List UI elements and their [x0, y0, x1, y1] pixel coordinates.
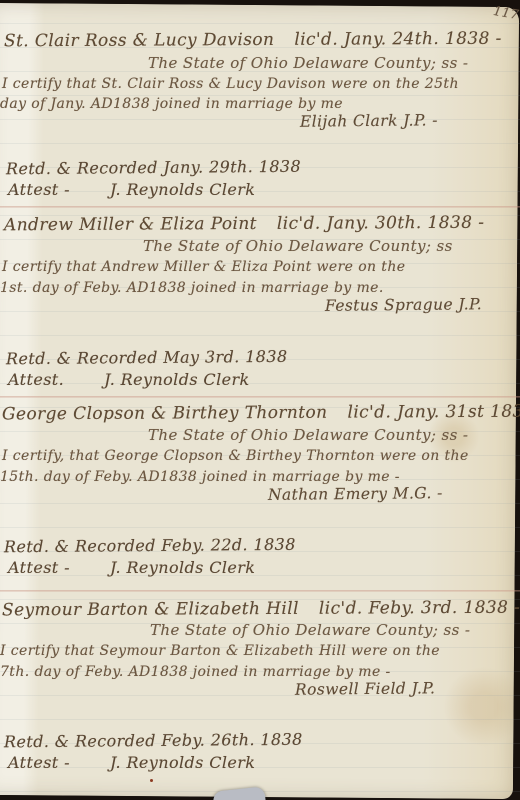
certify-line: I certify, that George Clopson & Birthey… — [2, 448, 469, 464]
state-line: The State of Ohio Delaware County; ss - — [148, 54, 468, 72]
section-rule — [0, 590, 520, 592]
couple-names: George Clopson & Birthey Thornton — [2, 403, 328, 425]
ink-blot — [150, 779, 153, 782]
attest-line: Attest. J. Reynolds Clerk — [8, 370, 250, 389]
section-rule — [0, 396, 520, 398]
certify-line: I certify that Seymour Barton & Elizabet… — [0, 643, 440, 659]
certify-line: I certify that St. Clair Ross & Lucy Dav… — [2, 76, 459, 92]
state-line: The State of Ohio Delaware County; ss - — [148, 426, 468, 444]
clerk-signature: J. Reynolds Clerk — [104, 370, 249, 389]
couple-names: Seymour Barton & Elizabeth Hill — [2, 599, 299, 621]
officiant-signature: Festus Sprague J.P. — [325, 295, 482, 315]
clerk-signature: J. Reynolds Clerk — [110, 753, 255, 772]
license-date: lic'd. Jany. 30th. 1838 - — [277, 213, 485, 234]
certify-line: day of Jany. AD1838 joined in marriage b… — [0, 96, 343, 112]
officiant-signature: Elijah Clark J.P. - — [300, 111, 438, 130]
entry-heading: Andrew Miller & Eliza Point lic'd. Jany.… — [4, 213, 484, 236]
license-date: lic'd. Feby. 3rd. 1838 - — [319, 598, 520, 619]
recorded-line: Retd. & Recorded May 3rd. 1838 — [6, 347, 288, 368]
clerk-signature: J. Reynolds Clerk — [110, 180, 255, 199]
entry-heading: St. Clair Ross & Lucy Davison lic'd. Jan… — [4, 29, 502, 52]
license-date: lic'd. Jany. 31st 1838 — [347, 402, 520, 423]
state-line: The State of Ohio Delaware County; ss — [143, 237, 453, 255]
couple-names: Andrew Miller & Eliza Point — [4, 214, 257, 235]
attest-label: Attest - — [8, 558, 70, 577]
attest-line: Attest - J. Reynolds Clerk — [8, 558, 255, 577]
recorded-line: Retd. & Recorded Feby. 26th. 1838 — [4, 730, 303, 752]
license-date: lic'd. Jany. 24th. 1838 - — [294, 29, 502, 50]
entry-heading: George Clopson & Birthey Thornton lic'd.… — [2, 402, 520, 425]
section-rule — [0, 206, 520, 208]
certify-line: 7th. day of Feby. AD1838 joined in marri… — [0, 664, 391, 680]
attest-label: Attest - — [8, 180, 70, 199]
recorded-line: Retd. & Recorded Jany. 29th. 1838 — [6, 157, 301, 179]
clerk-signature: J. Reynolds Clerk — [110, 558, 255, 577]
attest-line: Attest - J. Reynolds Clerk — [8, 753, 255, 772]
certify-line: 15th. day of Feby. AD1838 joined in marr… — [0, 469, 400, 485]
officiant-signature: Nathan Emery M.G. - — [268, 484, 443, 504]
officiant-signature: Roswell Field J.P. — [295, 679, 435, 698]
handwriting-layer: 117 St. Clair Ross & Lucy Davison lic'd.… — [0, 0, 520, 800]
couple-names: St. Clair Ross & Lucy Davison — [4, 30, 274, 51]
next-page-corner — [212, 786, 265, 800]
recorded-line: Retd. & Recorded Feby. 22d. 1838 — [4, 535, 296, 557]
state-line: The State of Ohio Delaware County; ss - — [150, 621, 470, 639]
certify-line: I certify that Andrew Miller & Eliza Poi… — [2, 259, 405, 275]
page-number: 117 — [492, 4, 520, 23]
attest-label: Attest. — [8, 370, 64, 389]
attest-label: Attest - — [8, 753, 70, 772]
entry-heading: Seymour Barton & Elizabeth Hill lic'd. F… — [2, 598, 520, 621]
certify-line: 1st. day of Feby. AD1838 joined in marri… — [0, 280, 384, 296]
attest-line: Attest - J. Reynolds Clerk — [8, 180, 255, 199]
